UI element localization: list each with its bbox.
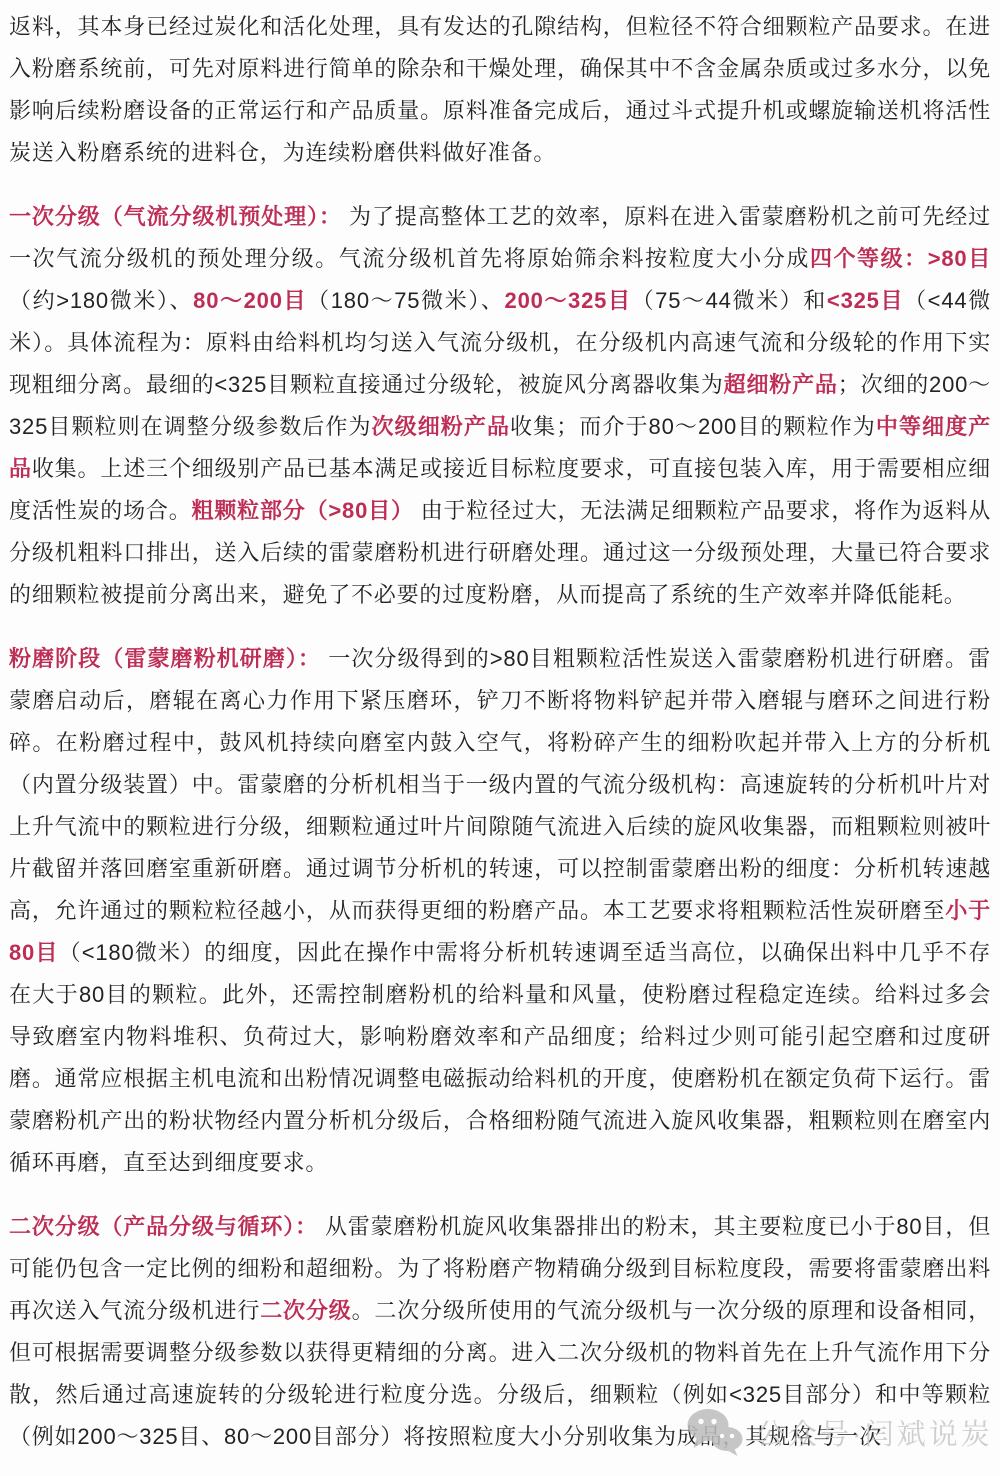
text-run: （75～44微米）和 (632, 288, 827, 313)
highlight-run: 粉磨阶段（雷蒙磨粉机研磨）： (9, 646, 321, 671)
text-run: 返料，其本身已经过炭化和活化处理，具有发达的孔隙结构，但粒径不符合细颗粒产品要求… (9, 14, 991, 165)
paragraph: 一次分级（气流分级机预处理）： 为了提高整体工艺的效率，原料在进入雷蒙磨粉机之前… (9, 196, 991, 616)
text-run: 一次分级得到的>80目粗颗粒活性炭送入雷蒙磨粉机进行研磨。雷蒙磨启动后，磨辊在离… (9, 646, 991, 923)
highlight-run: 二次分级（产品分级与循环）： (9, 1214, 318, 1239)
paragraph: 返料，其本身已经过炭化和活化处理，具有发达的孔隙结构，但粒径不符合细颗粒产品要求… (9, 6, 991, 174)
text-run: （约>180微米）、 (9, 288, 193, 313)
highlight-run: 80～200目 (193, 288, 307, 313)
highlight-run: 次级细粉产品 (372, 414, 511, 439)
text-run: 收集；而介于80～200目的颗粒作为 (510, 414, 876, 439)
highlight-run: 粗颗粒部分（>80目） (192, 498, 414, 523)
text-run: （180～75微米）、 (307, 288, 504, 313)
highlight-run: 二次分级 (260, 1298, 351, 1323)
paragraph: 二次分级（产品分级与循环）： 从雷蒙磨粉机旋风收集器排出的粉末，其主要粒度已小于… (9, 1206, 991, 1458)
highlight-run: 四个等级：>80目 (810, 246, 991, 271)
article-body: 返料，其本身已经过炭化和活化处理，具有发达的孔隙结构，但粒径不符合细颗粒产品要求… (0, 0, 1000, 1458)
highlight-run: 一次分级（气流分级机预处理）： (9, 204, 342, 229)
paragraph: 粉磨阶段（雷蒙磨粉机研磨）： 一次分级得到的>80目粗颗粒活性炭送入雷蒙磨粉机进… (9, 638, 991, 1184)
text-run: （<180微米）的细度，因此在操作中需将分析机转速调至适当高位，以确保出料中几乎… (9, 940, 991, 1175)
article-page: 返料，其本身已经过炭化和活化处理，具有发达的孔隙结构，但粒径不符合细颗粒产品要求… (0, 0, 1000, 1476)
highlight-run: 200～325目 (505, 288, 632, 313)
highlight-run: <325目 (827, 288, 904, 313)
highlight-run: 超细粉产品 (724, 372, 838, 397)
